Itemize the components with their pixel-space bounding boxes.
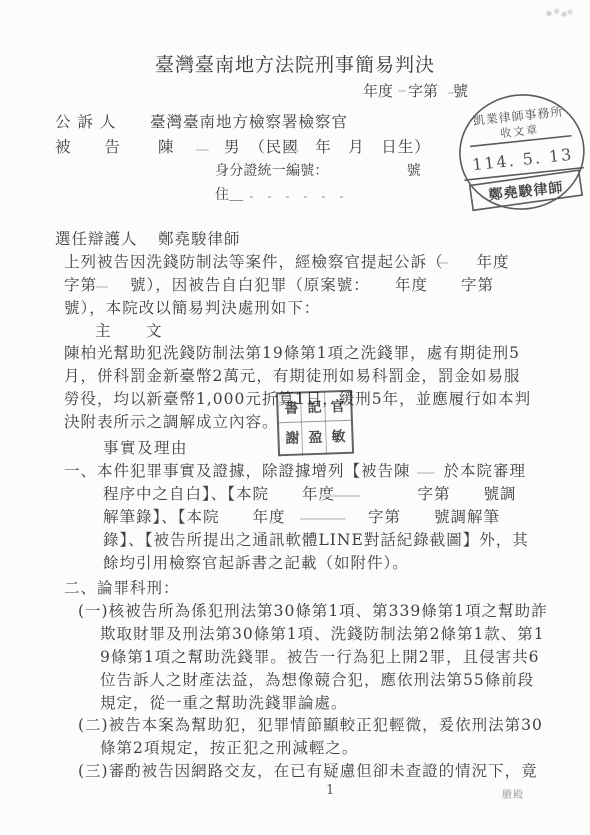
stamp-received-label: 收文章 [500,122,540,140]
redaction-mark [398,90,406,92]
facts-item2-sub1-line: 規定，從一重之幫助洗錢罪論處。 [100,693,348,713]
redaction-mark [96,286,108,288]
defendant-value: 陳 男 （民國 年 月 日生） [158,137,431,157]
facts-item2-sub1-line: 9條第1項之幫助洗錢罪。被告一行為犯上開2罪，且侵害共6 [100,647,539,667]
corner-mark-text: 賸殿 [502,786,524,801]
facts-item2-sub1-line: 欺取財罪及刑法第30條第1項、洗錢防制法第2條第1款、第1 [100,624,545,644]
intro-line: 字第 號），因被告自白犯罪（原案號： 年度 字第 [64,275,494,295]
defendant-label: 被 告 [55,137,121,157]
defendant-id-line: 身分證統一編號： 號 [215,161,421,181]
facts-item2-heading: 二、論罪科刑： [64,578,180,598]
redaction-mark [300,518,346,520]
redaction-mark [438,262,448,264]
facts-item1-line: 錄】、【被告所提出之通訊軟體LINE對話紀錄截圖】外，其 [103,530,529,550]
redaction-dots [250,196,355,198]
main-text-line: 陳柏光幫助犯洗錢防制法第19條第1項之洗錢罪，處有期徒刑5 [64,343,520,363]
clerk-seal-title: 書記官 [278,392,351,423]
facts-item2-sub2-line: 條第2項規定，按正犯之刑減輕之。 [100,738,358,758]
facts-item1-line: 一、本件犯罪事實及證據，除證據增列【被告陳 於本院審理 [64,461,526,481]
main-text-line: 月，併科罰金新臺幣2萬元，有期徒刑如易科罰金，罰金如易服 [64,366,520,386]
redaction-mark [448,92,454,94]
prosecutor-label: 公 訴 人 [55,112,116,132]
scan-smudge-artifact [543,6,573,21]
facts-item1-line: 餘均引用檢察官起訴書之記載（如附件）。 [103,553,409,573]
facts-item1-line: 程序中之自白】、【本院 年度 字第 號調 [103,484,517,504]
document-title: 臺灣臺南地方法院刑事簡易判決 [0,50,590,77]
redaction-mark [294,150,299,152]
facts-item2-sub1-line: 位告訴人之財產法益，為想像競合犯，應依刑法第55條前段 [100,670,534,690]
facts-item2-sub2-line: (二)被告本案為幫助犯，犯罪情節顯較正犯輕微，爰依刑法第30 [78,715,543,735]
prosecutor-value: 臺灣臺南地方檢察署檢察官 [150,112,348,132]
facts-heading: 事實及理由 [103,438,188,458]
facts-item2-sub3-line: (三)審酌被告因網路交友，在已有疑慮但卻未查證的情況下，竟 [78,761,538,781]
main-text-line: 決附表所示之調解成立內容。 [64,412,279,432]
redaction-mark [320,495,360,497]
redaction-mark [417,472,435,474]
judgment-page: 臺灣臺南地方法院刑事簡易判決 年度 字第 號 公 訴 人 臺灣臺南地方檢察署檢察… [0,0,590,835]
main-text-heading: 主 文 [95,321,163,341]
clerk-seal-name: 謝盈敏 [279,421,352,452]
intro-line: 號），本院改以簡易判決處刑如下： [64,298,320,318]
facts-item1-line: 解筆錄】、【本院 年度 字第 號調解筆 [103,507,500,527]
defender-value: 鄭堯駿律師 [158,229,241,249]
law-firm-receipt-stamp: 凱業律師事務所 收文章 114. 5. 13 鄭堯駿律師 [451,84,590,223]
redaction-mark [196,149,209,151]
page-number: 1 [326,783,334,798]
facts-item2-sub1-line: (一)核被告所為係犯刑法第30條第1項、第339條第1項之幫助詐 [78,601,548,621]
clerk-seal-stamp: 書記官 謝盈敏 [276,390,354,457]
defendant-address-line: 住＿ [215,185,243,205]
defender-label: 選任辯護人 [55,229,138,249]
